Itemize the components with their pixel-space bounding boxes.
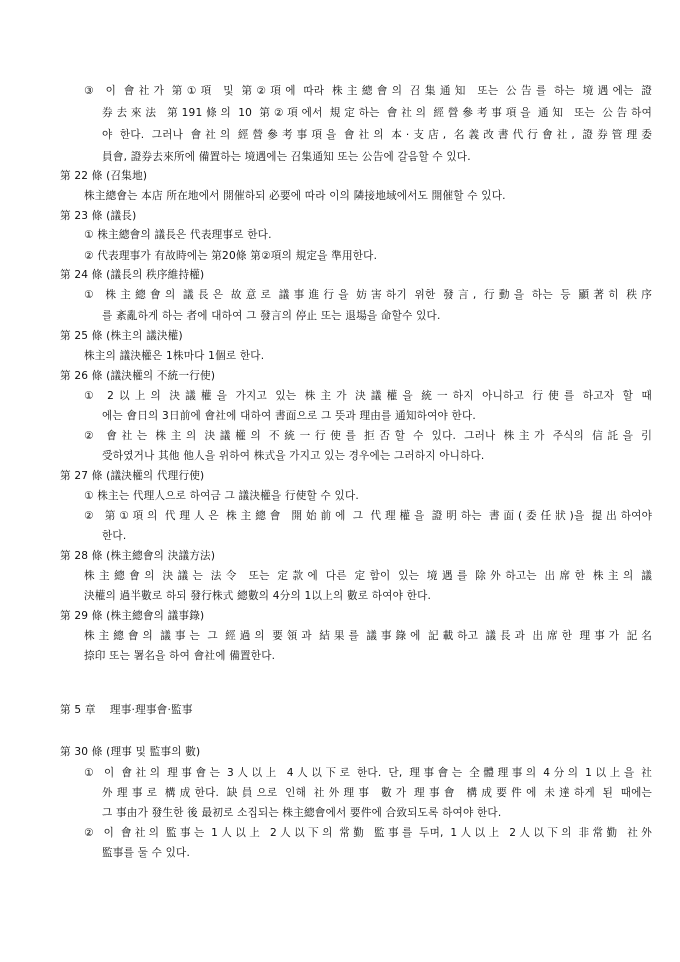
item-line: 그 事由가 發生한 後 最初로 소집되는 株主總會에서 要件에 合致되도록 하여…	[102, 806, 501, 820]
article-body: 株主總會의 決議는 法令 또는 定款에 다른 定함이 있는 境遇를 除外하고는 …	[84, 569, 652, 583]
item-line: ② 第①項의 代理人은 株主總會 開始前에 그 代理權을 證明하는 書面(委任狀…	[84, 509, 652, 523]
item-line: ② 이 會社의 監事는 1人以上 2人以下의 常勤 監事를 두며, 1人以上 2…	[84, 826, 652, 840]
item-line: ② 代表理事가 有故時에는 第20條 第②項의 規定을 準用한다.	[84, 249, 377, 263]
item-line: ① 2以上의 決議權을 가지고 있는 株主가 決議權을 統一하지 아니하고 行使…	[84, 389, 652, 403]
item-line: 券去來法 第191條의 10 第②項에서 規定하는 會社의 經營參考事項을 通知…	[102, 106, 652, 120]
item-line: 야 한다. 그러나 會社의 經營參考事項을 會社의 本·支店, 名義改書代行會社…	[102, 128, 652, 142]
article-heading: 第 25 條 (株主의 議決權)	[60, 329, 183, 343]
item-line: ① 이 會社의 理事會는 3人以上 4人以下로 한다. 단, 理事會는 全體理事…	[84, 766, 652, 780]
item-line: 監事를 둘 수 있다.	[102, 846, 190, 860]
article-heading: 第 27 條 (議決權의 代理行使)	[60, 469, 204, 483]
item-line: ① 株主는 代理人으로 하여금 그 議決權을 行使할 수 있다.	[84, 489, 359, 503]
article-heading: 第 22 條 (召集地)	[60, 169, 147, 183]
item-line: 受하였거나 其他 他人을 위하여 株式을 가지고 있는 경우에는 그러하지 아니…	[102, 449, 485, 463]
item-line: 를 紊亂하게 하는 者에 대하여 그 發言의 停止 또는 退場을 命할수 있다.	[102, 309, 441, 323]
item-line: ② 會社는 株主의 決議權의 不統一行使를 拒否할 수 있다. 그러나 株主가 …	[84, 429, 652, 443]
article-heading: 第 26 條 (議決權의 不統一行使)	[60, 369, 215, 383]
article-body: 捺印 또는 署名을 하여 會社에 備置한다.	[84, 649, 275, 663]
item-line: 員會, 證券去來所에 備置하는 境遇에는 召集通知 또는 公告에 갈음할 수 있…	[102, 150, 471, 164]
item-line: 外理事로 構成한다. 缺員으로 인해 社外理事 數가 理事會 構成要件에 未達하…	[102, 786, 652, 800]
item-line: 에는 會日의 3日前에 會社에 대하여 書面으로 그 뜻과 理由를 通知하여야 …	[102, 409, 476, 423]
item-line: ① 株主總會의 議長은 故意로 議事進行을 妨害하기 위한 發言, 行動을 하는…	[84, 288, 652, 302]
item-line: ③ 이 會社가 第①項 및 第②項에 따라 株主總會의 召集通知 또는 公告를 …	[84, 84, 652, 98]
article-heading: 第 28 條 (株主總會의 決議方法)	[60, 549, 215, 563]
document-page: ③ 이 會社가 第①項 및 第②項에 따라 株主總會의 召集通知 또는 公告를 …	[0, 0, 680, 962]
chapter-heading: 第 5 章 理事·理事會·監事	[60, 703, 193, 717]
article-body: 株主의 議決權은 1株마다 1個로 한다.	[84, 349, 264, 363]
article-heading: 第 23 條 (議長)	[60, 209, 136, 223]
article-heading: 第 30 條 (理事 및 監事의 數)	[60, 745, 200, 759]
article-body: 株主總會는 本店 所在地에서 開催하되 必要에 따라 이의 隣接地域에서도 開催…	[84, 189, 506, 203]
article-heading: 第 24 條 (議長의 秩序維持權)	[60, 268, 204, 282]
article-body: 決權의 過半數로 하되 發行株式 總數의 4分의 1以上의 數로 하여야 한다.	[84, 589, 431, 603]
article-body: 株主總會의 議事는 그 經過의 要領과 結果를 議事錄에 記載하고 議長과 出席…	[84, 629, 652, 643]
article-heading: 第 29 條 (株主總會의 議事錄)	[60, 609, 204, 623]
item-line: ① 株主總會의 議長은 代表理事로 한다.	[84, 228, 272, 242]
item-line: 한다.	[102, 529, 126, 543]
